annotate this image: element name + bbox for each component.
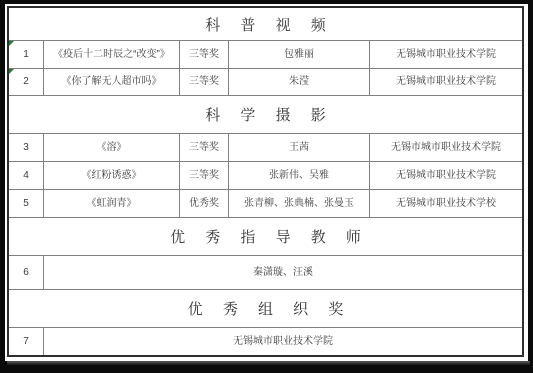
cell-number: 5 bbox=[9, 190, 44, 217]
screenshot-frame: 科 普 视 频 1 《疫后十二时辰之“改变”》 三等奖 包雅丽 无锡城市职业技术… bbox=[0, 0, 533, 373]
section-title: 科 学 摄 影 bbox=[205, 104, 334, 125]
cell-work-title: 《你了解无人超市吗》 bbox=[44, 69, 180, 95]
row-number: 6 bbox=[23, 268, 29, 278]
table-row: 3 《溶》 三等奖 王茜 无锡市城市职业技术学院 bbox=[9, 134, 522, 162]
table-row: 1 《疫后十二时辰之“改变”》 三等奖 包雅丽 无锡城市职业技术学院 bbox=[9, 41, 522, 69]
section-header-video: 科 普 视 频 bbox=[9, 8, 522, 41]
cell-award: 三等奖 bbox=[180, 69, 229, 95]
row-number: 5 bbox=[23, 199, 29, 209]
cell-school: 无锡城市职业技术学院 bbox=[370, 41, 522, 68]
cell-school: 无锡城市职业技术学院 bbox=[370, 69, 522, 95]
table-row: 7 无锡城市职业技术学院 bbox=[9, 328, 522, 355]
cell-award: 优秀奖 bbox=[180, 190, 229, 217]
cell-author-names: 王茜 bbox=[229, 134, 370, 161]
table-row: 6 秦潇璇、汪溪 bbox=[9, 256, 522, 290]
cell-merged-content: 无锡城市职业技术学院 bbox=[44, 328, 522, 355]
table-row: 2 《你了解无人超市吗》 三等奖 朱滢 无锡城市职业技术学院 bbox=[9, 69, 522, 96]
cell-number: 3 bbox=[9, 134, 44, 161]
cell-author-names: 包雅丽 bbox=[229, 41, 370, 68]
cell-work-title: 《虹润青》 bbox=[44, 190, 180, 217]
document-page: 科 普 视 频 1 《疫后十二时辰之“改变”》 三等奖 包雅丽 无锡城市职业技术… bbox=[5, 4, 528, 361]
section-title: 优 秀 组 织 奖 bbox=[188, 298, 352, 319]
cell-award: 三等奖 bbox=[180, 134, 229, 161]
green-triangle-icon bbox=[9, 41, 14, 46]
cell-award: 三等奖 bbox=[180, 41, 229, 68]
green-triangle-icon bbox=[9, 69, 14, 74]
cell-merged-content: 秦潇璇、汪溪 bbox=[44, 256, 522, 289]
section-title: 科 普 视 频 bbox=[205, 14, 334, 35]
section-header-organization: 优 秀 组 织 奖 bbox=[9, 290, 522, 328]
section-title: 优 秀 指 导 教 师 bbox=[170, 226, 369, 247]
cell-work-title: 《红粉诱惑》 bbox=[44, 162, 180, 189]
section-header-teachers: 优 秀 指 导 教 师 bbox=[9, 218, 522, 256]
cell-school: 无锡城市职业技术学院 bbox=[370, 162, 522, 189]
cell-author-names: 朱滢 bbox=[229, 69, 370, 95]
row-number: 3 bbox=[23, 143, 29, 153]
award-table: 科 普 视 频 1 《疫后十二时辰之“改变”》 三等奖 包雅丽 无锡城市职业技术… bbox=[7, 6, 524, 357]
section-header-photography: 科 学 摄 影 bbox=[9, 96, 522, 134]
row-number: 4 bbox=[23, 171, 29, 181]
row-number: 7 bbox=[23, 337, 29, 347]
cell-school: 无锡城市职业技术学校 bbox=[370, 190, 522, 217]
cell-number: 1 bbox=[9, 41, 44, 68]
cell-number: 6 bbox=[9, 256, 44, 289]
cell-number: 7 bbox=[9, 328, 44, 355]
table-row: 4 《红粉诱惑》 三等奖 张新伟、吴雅 无锡城市职业技术学院 bbox=[9, 162, 522, 190]
cell-number: 4 bbox=[9, 162, 44, 189]
page-shadow bbox=[7, 361, 530, 365]
cell-work-title: 《疫后十二时辰之“改变”》 bbox=[44, 41, 180, 68]
row-number: 1 bbox=[23, 50, 29, 60]
cell-number: 2 bbox=[9, 69, 44, 95]
cell-school: 无锡市城市职业技术学院 bbox=[370, 134, 522, 161]
cell-work-title: 《溶》 bbox=[44, 134, 180, 161]
cell-award: 三等奖 bbox=[180, 162, 229, 189]
cell-author-names: 张新伟、吴雅 bbox=[229, 162, 370, 189]
table-row: 5 《虹润青》 优秀奖 张青柳、张典楠、张曼玉 无锡城市职业技术学校 bbox=[9, 190, 522, 218]
cell-author-names: 张青柳、张典楠、张曼玉 bbox=[229, 190, 370, 217]
row-number: 2 bbox=[23, 77, 29, 87]
